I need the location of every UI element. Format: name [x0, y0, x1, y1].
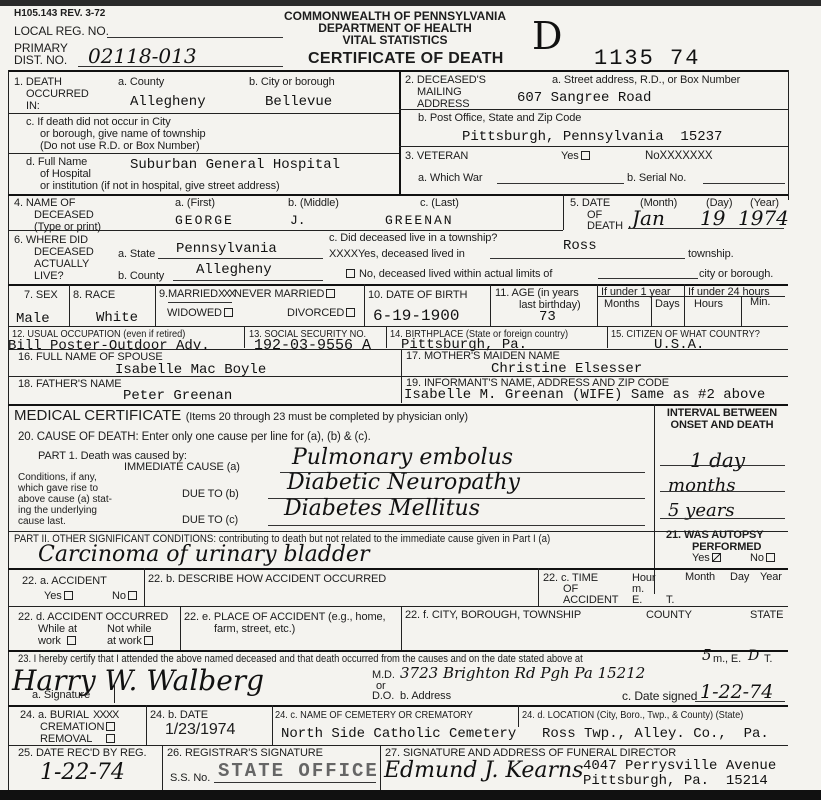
cemetery-label: 24. c. NAME OF CEMETERY OR CREMATORY [275, 709, 473, 721]
while-at-work-checkbox[interactable] [67, 636, 76, 645]
citizen-value: U.S.A. [654, 337, 704, 353]
accident-county-label: COUNTY [646, 609, 692, 621]
county-res-label: b. County [118, 270, 164, 282]
interval-b: months [668, 475, 736, 496]
item6-label-3: ACTUALLY [34, 258, 89, 270]
rule [244, 326, 245, 348]
burial-option[interactable]: 24. a. BURIALXXXX [20, 709, 118, 721]
rule [399, 109, 788, 110]
due-to-b-label: DUE TO (b) [182, 488, 239, 500]
hospital-label-2: of Hospital [40, 168, 91, 180]
local-reg-label: LOCAL REG. NO. [14, 25, 109, 37]
sex-label: 7. SEX [24, 289, 58, 301]
informant-value: Isabelle M. Greenan (WIFE) Same as #2 ab… [404, 387, 765, 403]
e-label: E. [632, 594, 642, 606]
removal-checkbox[interactable] [106, 734, 115, 743]
signature-label: a. Signature [32, 689, 90, 701]
rule [8, 194, 788, 196]
hours-label: Hours [694, 298, 723, 310]
veteran-no: NoXXXXXXX [645, 150, 713, 162]
last-name: GREENAN [385, 213, 454, 228]
acc-day-label: Day [730, 571, 749, 583]
autopsy-no-checkbox[interactable] [766, 553, 775, 562]
rule [8, 745, 788, 746]
last-name-label: c. (Last) [420, 197, 459, 209]
while-at-work-label: While at [38, 623, 77, 635]
post-office-label: b. Post Office, State and Zip Code [418, 112, 581, 124]
scan-edge-top [0, 0, 821, 6]
rule [597, 284, 598, 326]
war-label: a. Which War [418, 172, 482, 184]
township-question: c. Did deceased live in a township? [329, 232, 497, 244]
immediate-cause-value: Pulmonary embolus [292, 445, 513, 470]
removal-option[interactable]: REMOVAL [40, 733, 115, 745]
timezone-mark: D [748, 648, 759, 664]
street-address: 607 Sangree Road [517, 90, 651, 106]
divider-col [399, 70, 401, 194]
acc-month-label: Month [685, 571, 715, 583]
rule [660, 518, 785, 519]
veteran-yes[interactable]: Yes [561, 150, 590, 162]
middle-name: J. [290, 213, 306, 228]
tz-suffix: T. [764, 653, 772, 665]
father-value: Peter Greenan [123, 388, 232, 404]
first-name-label: a. (First) [175, 197, 215, 209]
age-value: 73 [539, 309, 556, 325]
war-line [497, 183, 624, 184]
time-suffix: m., E. [713, 653, 741, 665]
state-office-stamp: STATE OFFICE [218, 760, 379, 782]
rule [660, 491, 785, 492]
item2-label-2: MAILING [417, 86, 462, 98]
item6-label-4: LIVE? [34, 270, 63, 282]
place-accident-label: 22. e. PLACE OF ACCIDENT (e.g., home, [184, 611, 386, 623]
rule [114, 685, 115, 703]
rule [158, 258, 323, 259]
rule [8, 349, 788, 350]
min-label: Min. [750, 296, 770, 308]
race-value: White [96, 310, 138, 326]
certificate-number: 1135 74 [594, 46, 700, 71]
accident-label: 22. a. ACCIDENT [22, 575, 107, 587]
scan-edge-bottom [0, 790, 821, 800]
hospital-label-3: or institution (if not in hospital, give… [40, 180, 280, 192]
agency-line-3: VITAL STATISTICS [250, 34, 540, 46]
t-label: T. [666, 594, 674, 606]
not-while-at-work-checkbox[interactable] [144, 636, 153, 645]
veteran-label: 3. VETERAN [405, 150, 468, 162]
not-while-at-work[interactable]: at work [107, 635, 153, 647]
frame-top [8, 70, 788, 72]
not-while-at-work-label: Not while [107, 623, 151, 635]
date-line [628, 228, 784, 229]
township-label-1: c. If death did not occur in City [26, 116, 171, 128]
location-value: Ross Twp., Alley. Co., Pa. [542, 726, 769, 742]
rule [386, 326, 387, 348]
do-label: D.O. [372, 690, 394, 702]
post-office-value: Pittsburgh, Pennsylvania 15237 [462, 129, 722, 145]
while-at-work[interactable]: work [38, 635, 76, 647]
rule [8, 113, 399, 114]
rule [399, 146, 788, 147]
rule [364, 284, 365, 326]
address-label: b. Address [400, 690, 451, 702]
conditions-text-3: above cause (a) stat- [18, 494, 112, 505]
widowed-option[interactable]: WIDOWED [167, 307, 233, 319]
rule [660, 465, 785, 466]
conditions-text: Conditions, if any, [18, 472, 97, 483]
item4-label: 4. NAME OF [14, 197, 75, 209]
autopsy-label: 21. WAS AUTOPSY [666, 529, 764, 541]
item6-label-2: DECEASED [34, 246, 94, 258]
accident-state-label: STATE [750, 609, 783, 621]
rule [168, 302, 232, 303]
divorced-checkbox[interactable] [346, 308, 355, 317]
item1-label-2: OCCURRED [26, 88, 89, 100]
hospital-label-1: d. Full Name [26, 156, 87, 168]
rule [651, 296, 652, 326]
township-label-3: (Do not use R.D. or Box Number) [40, 140, 200, 152]
item4-label-3: (Type or print) [34, 221, 101, 233]
months-label: Months [604, 298, 639, 310]
rule [598, 278, 698, 279]
state-label: a. State [118, 248, 155, 260]
acc-year-label: Year [760, 571, 782, 583]
frame-right [788, 70, 789, 200]
date-signed-label: c. Date signed [622, 690, 697, 702]
township-suffix: township. [688, 248, 734, 260]
township-no-checkbox[interactable] [346, 269, 355, 278]
item5-label-3: DEATH [587, 220, 623, 232]
accident-no[interactable]: No [112, 590, 137, 602]
conditions-text-5: cause last. [18, 516, 66, 527]
form-number: H105.143 REV. 3-72 [14, 8, 105, 19]
accident-occurred-label: 22. d. ACCIDENT OCCURRED [18, 611, 168, 623]
rule [144, 568, 145, 606]
ss-no-label: S.S. No. [170, 772, 210, 784]
rule [380, 745, 381, 790]
rule [490, 284, 491, 326]
accident-no-checkbox[interactable] [128, 591, 137, 600]
burial-date-label: 24. b. DATE [150, 709, 208, 721]
days-label: Days [655, 298, 680, 310]
rule [69, 284, 70, 326]
township-no[interactable]: No, deceased lived within actual limits … [346, 268, 552, 280]
ssn-value: 192-03-9556 A [254, 337, 371, 354]
city-label: b. City or borough [249, 76, 335, 88]
cemetery-value: North Side Catholic Cemetery [281, 726, 516, 742]
death-certificate: H105.143 REV. 3-72 LOCAL REG. NO. PRIMAR… [0, 0, 821, 800]
due-to-c-value: Diabetes Mellitus [284, 496, 480, 521]
death-month: Jan [632, 206, 665, 230]
rule [155, 284, 156, 326]
conditions-text-2: which gave rise to [18, 483, 98, 494]
rule [401, 606, 402, 650]
never-married-checkbox[interactable] [326, 289, 335, 298]
dob-label: 10. DATE OF BIRTH [368, 289, 467, 301]
interval-label: INTERVAL BETWEEN [659, 407, 785, 419]
item2-label: 2. DECEASED'S [405, 74, 486, 86]
part2-value: Carcinoma of urinary bladder [38, 542, 369, 567]
rule [180, 606, 181, 650]
rule [563, 194, 564, 230]
rule [146, 705, 147, 745]
death-day: 19 [700, 206, 725, 230]
item5-label: 5. DATE [570, 197, 610, 209]
funeral-address-2: Pittsburgh, Pa. 15214 [583, 773, 768, 789]
serial-line [703, 183, 785, 184]
rule [490, 258, 685, 259]
rule [741, 296, 742, 326]
death-county: Allegheny [130, 94, 206, 110]
handwritten-d-mark: D [532, 14, 562, 58]
cremation-option[interactable]: CREMATION [40, 721, 115, 733]
rule [538, 568, 539, 606]
location-label: 24. d. LOCATION (City, Boro., Twp., & Co… [522, 709, 743, 721]
time-accident-label-3: ACCIDENT [563, 594, 618, 606]
physician-address: 3723 Brighton Rd Pgh Pa 15212 [400, 664, 645, 682]
due-to-c-label: DUE TO (c) [182, 514, 238, 526]
cause-label: 20. CAUSE OF DEATH: Enter only one cause… [18, 431, 371, 443]
rule [8, 376, 788, 377]
frame-left [8, 70, 9, 790]
interval-a: 1 day [690, 448, 745, 472]
accident-yes-checkbox[interactable] [64, 591, 73, 600]
serial-label: b. Serial No. [627, 172, 686, 184]
medical-heading: MEDICAL CERTIFICATE (Items 20 through 23… [14, 407, 468, 425]
dist-no-label: DIST. NO. [14, 54, 67, 66]
residence-county: Allegheny [196, 262, 272, 278]
rule [597, 296, 785, 297]
death-year: 1974 [738, 206, 789, 230]
rule [272, 705, 273, 745]
rule [8, 606, 788, 607]
rule [684, 284, 685, 326]
street-label: a. Street address, R.D., or Box Number [552, 74, 740, 86]
rule [607, 326, 608, 348]
rule [518, 705, 519, 727]
divorced-option[interactable]: DIVORCED [287, 307, 355, 319]
conditions-text-4: ing the underlying [18, 505, 97, 516]
accident-city-label: 22. f. CITY, BOROUGH, TOWNSHIP [405, 609, 581, 621]
date-received-value: 1-22-74 [40, 760, 125, 785]
interval-label-2: ONSET AND DEATH [659, 419, 785, 431]
city-suffix: city or borough. [699, 268, 773, 280]
rule [8, 326, 788, 327]
accident-yes[interactable]: Yes [44, 590, 73, 602]
sex-value: Male [16, 311, 50, 327]
township-name: Ross [563, 238, 597, 254]
rule [654, 404, 655, 594]
mother-value: Christine Elsesser [491, 361, 642, 377]
item1-label-3: IN: [26, 100, 40, 112]
autopsy-yes[interactable]: Yes [692, 552, 721, 564]
rule [268, 525, 645, 526]
date-signed-value: 1-22-74 [700, 681, 773, 703]
widowed-checkbox[interactable] [224, 308, 233, 317]
veteran-yes-checkbox[interactable] [581, 151, 590, 160]
rule [162, 745, 163, 790]
immediate-cause-label: IMMEDIATE CAUSE (a) [124, 461, 240, 473]
township-label-2: or borough, give name of township [40, 128, 205, 140]
father-label: 18. FATHER'S NAME [18, 378, 122, 390]
rule [8, 230, 563, 231]
first-name: GEORGE [175, 213, 234, 228]
race-label: 8. RACE [73, 289, 115, 301]
autopsy-yes-checkbox-checked[interactable] [712, 553, 721, 562]
certificate-title: CERTIFICATE OF DEATH [308, 50, 504, 68]
married-option[interactable]: 9.MARRIEDXXXNEVER MARRIED [159, 288, 335, 300]
middle-name-label: b. (Middle) [288, 197, 339, 209]
cremation-checkbox[interactable] [106, 722, 115, 731]
rule [8, 284, 788, 286]
describe-accident-label: 22. b. DESCRIBE HOW ACCIDENT OCCURRED [148, 573, 386, 585]
time-of-death: 5 [702, 646, 712, 664]
rule [8, 705, 788, 707]
rule [8, 568, 788, 570]
rule [8, 153, 399, 154]
dob-value: 6-19-1900 [373, 307, 459, 325]
hospital-name: Suburban General Hospital [130, 157, 340, 173]
burial-date-value: 1/23/1974 [165, 724, 235, 736]
funeral-director-signature: Edmund J. Kearns [384, 758, 583, 783]
death-city: Bellevue [265, 94, 332, 110]
rule [214, 782, 376, 783]
funeral-address-1: 4047 Perrysville Avenue [583, 758, 776, 774]
item4-label-2: DECEASED [34, 209, 94, 221]
residence-state: Pennsylvania [176, 241, 277, 257]
date-received-label: 25. DATE REC'D BY REG. [18, 747, 146, 759]
item6-label: 6. WHERE DID [14, 234, 88, 246]
place-accident-label-2: farm, street, etc.) [214, 623, 295, 635]
age-label: 11. AGE (in years [495, 287, 579, 299]
registrar-label: 26. REGISTRAR'S SIGNATURE [167, 747, 323, 759]
primary-dist-value: 02118-013 [88, 44, 197, 68]
rule [695, 701, 785, 702]
item1-label: 1. DEATH [14, 76, 62, 88]
township-yes[interactable]: XXXXYes, deceased lived in [329, 248, 465, 260]
county-label: a. County [118, 76, 164, 88]
rule [8, 650, 788, 652]
rule [8, 404, 788, 406]
rule [173, 280, 323, 281]
due-to-b-value: Diabetic Neuropathy [287, 470, 520, 495]
autopsy-no[interactable]: No [750, 552, 775, 564]
